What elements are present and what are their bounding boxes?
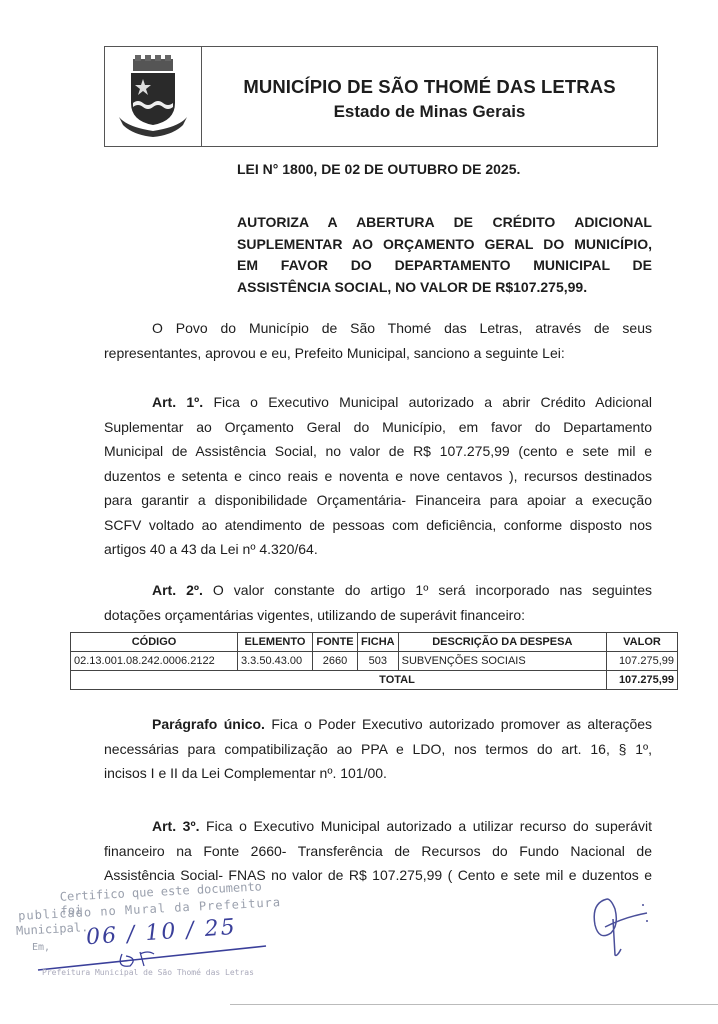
paragrafo-unico: Parágrafo único. Fica o Poder Executivo … [104, 712, 652, 786]
article-2-line: dotações orçamentárias vigentes, utiliza… [104, 603, 652, 628]
table-total-row: TOTAL 107.275,99 [71, 671, 678, 690]
municipality-name: MUNICÍPIO DE SÃO THOMÉ DAS LETRAS [243, 76, 615, 98]
col-ficha: FICHA [358, 633, 399, 652]
article-3-line: financeiro na Fonte 2660- Transferência … [104, 839, 652, 864]
col-codigo: CÓDIGO [71, 633, 238, 652]
cell-descricao: SUBVENÇÕES SOCIAIS [398, 652, 606, 671]
letterhead: MUNICÍPIO DE SÃO THOMÉ DAS LETRAS Estado… [104, 46, 658, 147]
state-name: Estado de Minas Gerais [334, 102, 526, 122]
cell-ficha: 503 [358, 652, 399, 671]
law-number: LEI N° 1800, DE 02 DE OUTUBRO DE 2025. [237, 161, 520, 177]
article-2-text: O valor constante do artigo 1º será inco… [203, 582, 652, 598]
col-valor: VALOR [607, 633, 678, 652]
preamble-line: representantes, aprovou e eu, Prefeito M… [104, 341, 652, 366]
paragrafo-unico-line: necessárias para compatibilização ao PPA… [104, 737, 652, 762]
cell-valor: 107.275,99 [607, 652, 678, 671]
signature-icon [585, 895, 655, 965]
preamble-line: O Povo do Município de São Thomé das Let… [104, 316, 652, 341]
article-1-line: SCFV voltado ao atendimento de pessoas c… [104, 513, 652, 538]
preamble: O Povo do Município de São Thomé das Let… [104, 316, 652, 365]
col-fonte: FONTE [313, 633, 358, 652]
article-1-line: Suplementar ao Orçamento Geral do Municí… [104, 415, 652, 440]
article-2: Art. 2º. O valor constante do artigo 1º … [104, 578, 652, 627]
article-1-line: duzentos e setenta e cinco reais e noven… [104, 464, 652, 489]
logo-cell [105, 47, 202, 146]
article-1: Art. 1º. Fica o Executivo Municipal auto… [104, 390, 652, 562]
table-header-row: CÓDIGO ELEMENTO FONTE FICHA DESCRIÇÃO DA… [71, 633, 678, 652]
article-3-label: Art. 3º. [152, 818, 199, 834]
paragrafo-unico-label: Parágrafo único. [152, 716, 265, 732]
col-elemento: ELEMENTO [238, 633, 313, 652]
article-1-line: para garantir a disponibilidade Orçament… [104, 488, 652, 513]
article-1-line: Municipal de Assistência Social, no valo… [104, 439, 652, 464]
cell-codigo: 02.13.001.08.242.0006.2122 [71, 652, 238, 671]
stamp-line: Municipal. [16, 920, 89, 938]
budget-table: CÓDIGO ELEMENTO FONTE FICHA DESCRIÇÃO DA… [70, 632, 678, 690]
stamp-footer: Prefeitura Municipal de São Thomé das Le… [42, 968, 254, 977]
ementa-line: ASSISTÊNCIA SOCIAL, NO VALOR DE R$107.27… [237, 277, 652, 299]
col-descricao: DESCRIÇÃO DA DESPESA [398, 633, 606, 652]
letterhead-title: MUNICÍPIO DE SÃO THOMÉ DAS LETRAS Estado… [202, 47, 657, 146]
cell-fonte: 2660 [313, 652, 358, 671]
cell-elemento: 3.3.50.43.00 [238, 652, 313, 671]
page-edge-divider [230, 1004, 718, 1005]
ementa-line: EM FAVOR DO DEPARTAMENTO MUNICIPAL DE [237, 255, 652, 277]
table-row: 02.13.001.08.242.0006.2122 3.3.50.43.00 … [71, 652, 678, 671]
article-1-label: Art. 1º. [152, 394, 203, 410]
paragrafo-unico-line: incisos I e II da Lei Complementar nº. 1… [104, 761, 652, 786]
article-1-line: artigos 40 a 43 da Lei nº 4.320/64. [104, 537, 652, 562]
article-1-text: Fica o Executivo Municipal autorizado a … [203, 394, 652, 410]
ementa-line: AUTORIZA A ABERTURA DE CRÉDITO ADICIONAL [237, 212, 652, 234]
coat-of-arms-icon [113, 55, 193, 139]
total-value: 107.275,99 [607, 671, 678, 690]
publication-stamp: Certifico que este documento foi publica… [16, 884, 286, 984]
total-label: TOTAL [71, 671, 607, 690]
ementa-line: SUPLEMENTAR AO ORÇAMENTO GERAL DO MUNICÍ… [237, 234, 652, 256]
article-2-label: Art. 2º. [152, 582, 203, 598]
article-3: Art. 3º. Fica o Executivo Municipal auto… [104, 814, 652, 888]
law-ementa: AUTORIZA A ABERTURA DE CRÉDITO ADICIONAL… [237, 212, 652, 298]
article-3-text: Fica o Executivo Municipal autorizado a … [199, 818, 652, 834]
paragrafo-unico-text: Fica o Poder Executivo autorizado promov… [265, 716, 652, 732]
